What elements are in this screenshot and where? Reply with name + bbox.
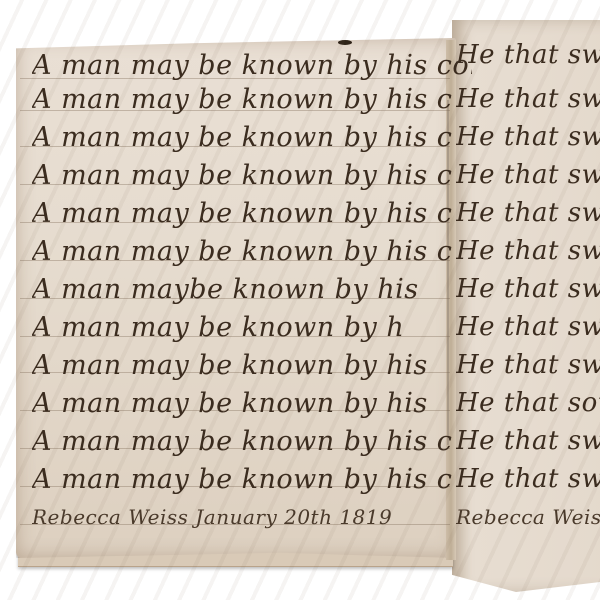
left-practice-line: A man may be known by his com [32,122,452,153]
right-header-line: He that swim [456,40,600,70]
right-practice-line: He that swim [456,426,600,456]
right-practice-line: He that swi [456,84,600,114]
right-practice-line: He that swi [456,198,600,228]
right-practice-line: He that swi [456,236,600,266]
right-practice-line: He that swi [456,274,600,304]
left-practice-line: A man may be known by his com [32,198,452,229]
right-practice-line: He that swim [456,160,600,190]
left-practice-line: A man maybe known by his [32,274,452,305]
left-practice-line: A man may be known by his [32,350,452,381]
left-header-line: A man may be known by his company [32,50,472,81]
right-practice-line: He that swim [456,312,600,342]
left-signature: Rebecca Weiss January 20th 1819 [32,505,452,529]
left-practice-line: A man may be known by his [32,388,452,419]
ink-blot [338,40,352,45]
left-practice-line: A man may be known by his co [32,236,452,267]
left-practice-line: A man may be known by his com [32,426,452,457]
left-practice-line: A man may be known by his com [32,160,452,191]
left-practice-line: A man may be known by his c [32,464,452,495]
copybook-photo: A man may be known by his company A man … [0,0,600,600]
left-practice-line: A man may be known by h [32,312,452,343]
left-practice-line: A man may be known by his com [32,84,452,115]
right-signature: Rebecca Weiss [456,505,600,529]
right-practice-line: He that sow [456,388,600,418]
right-practice-line: He that swim [456,464,600,494]
right-practice-line: He that swi [456,350,600,380]
right-practice-line: He that swi [456,122,600,152]
